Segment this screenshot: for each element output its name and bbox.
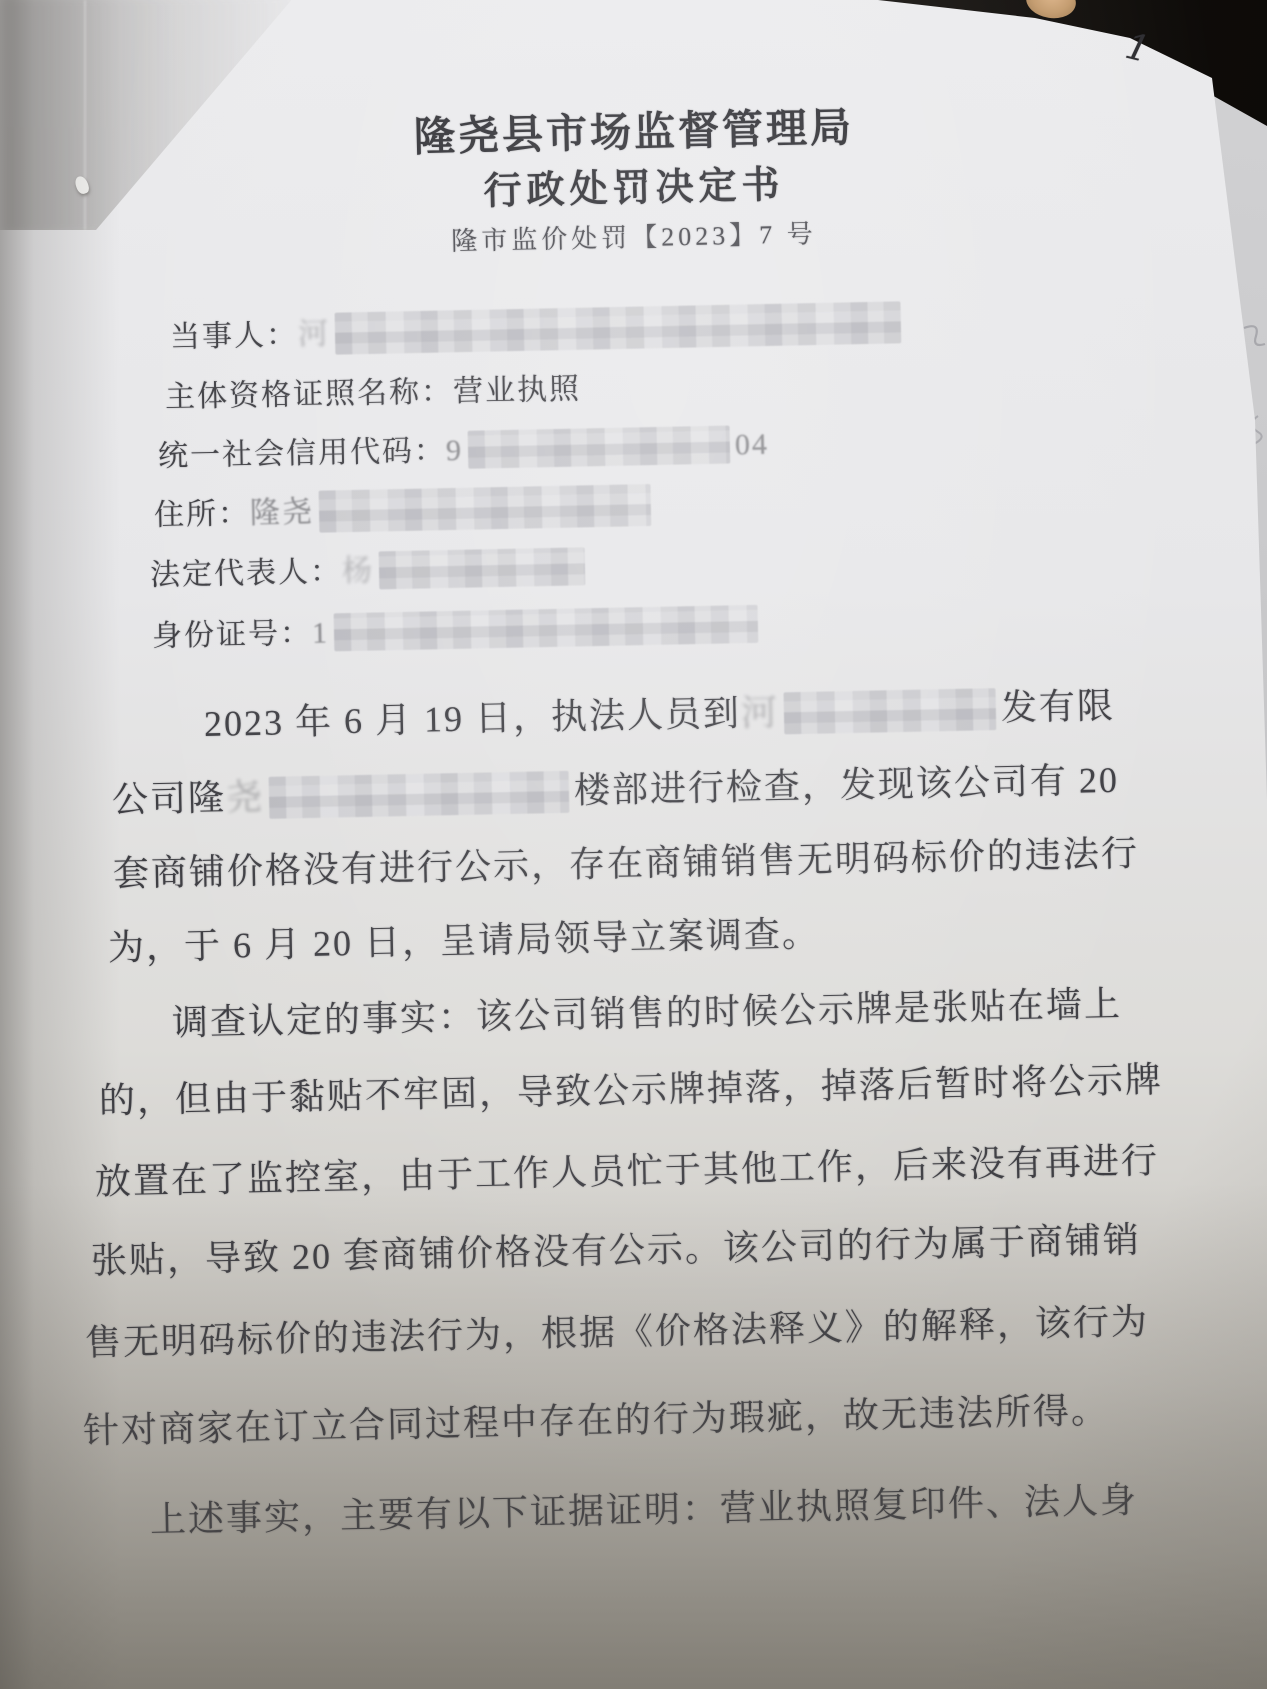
field-value: 营业执照	[453, 373, 582, 409]
body-text: 公司隆	[112, 778, 227, 820]
field-label: 法定代表人：	[150, 555, 343, 592]
body-line: 针对商家在订立合同过程中存在的行为瑕疵，故无违法所得。	[82, 1382, 1109, 1454]
body-text: 放置在了监控室，由于工作人员忙于其他工作，后来没有再进行	[95, 1141, 1160, 1202]
body-text: 2023 年 6 月 19 日，执法人员到	[204, 693, 742, 744]
redaction-block	[468, 426, 731, 469]
field-credit-code: 统一社会信用代码：904	[158, 419, 770, 478]
document-page: 隆尧县市场监督管理局 行政处罚决定书 隆市监价处罚【2023】7 号 当事人：河…	[0, 0, 1267, 1689]
field-value-prefix: 1	[312, 616, 330, 649]
body-text: 的，但由于黏贴不牢固，导致公示牌掉落，掉落后暂时将公示牌	[99, 1060, 1164, 1121]
redaction-block	[784, 688, 997, 734]
body-text: 为，于 6 月 20 日，呈请局领导立案调查。	[108, 914, 821, 968]
doc-title-line-1: 隆尧县市场监督管理局	[413, 94, 854, 163]
field-value-suffix: 04	[735, 428, 770, 462]
field-label: 当事人：	[170, 318, 299, 354]
redaction-block	[335, 301, 902, 354]
body-text: 调查认定的事实：该公司销售的时候公示牌是张贴在墙上	[172, 984, 1123, 1043]
body-line: 售无明码标价的违法行为，根据《价格法释义》的解释，该行为	[84, 1294, 1149, 1366]
paper-crease	[84, 0, 86, 230]
field-party: 当事人：河	[170, 297, 907, 361]
body-line: 上述事实，主要有以下证据证明：营业执照复印件、法人身	[149, 1472, 1138, 1543]
body-line: 公司隆尧楼部进行检查，发现该公司有 20	[111, 752, 1119, 825]
body-text: 售无明码标价的违法行为，根据《价格法释义》的解释，该行为	[85, 1302, 1150, 1363]
body-text: 套商铺价格没有进行公示，存在商铺销售无明码标价的违法行	[113, 833, 1140, 894]
redacted-ghost-text: 杨	[342, 555, 375, 589]
body-text: 楼部进行检查，发现该公司有 20	[574, 760, 1120, 811]
body-line: 的，但由于黏贴不牢固，导致公示牌掉落，掉落后暂时将公示牌	[98, 1052, 1163, 1124]
field-value-prefix: 9	[446, 434, 464, 467]
fold-shadow	[0, 0, 320, 240]
redaction-block	[334, 605, 759, 652]
field-license-name: 主体资格证照名称：营业执照	[165, 364, 582, 416]
body-line: 套商铺价格没有进行公示，存在商铺销售无明码标价的违法行	[112, 825, 1139, 897]
redaction-block	[319, 484, 652, 533]
field-label: 主体资格证照名称：	[165, 375, 454, 414]
body-line: 为，于 6 月 20 日，呈请局领导立案调查。	[107, 906, 820, 971]
redacted-ghost-text: 河	[741, 692, 780, 733]
body-line: 放置在了监控室，由于工作人员忙于其他工作，后来没有再进行	[94, 1133, 1159, 1205]
body-line: 张贴，导致 20 套商铺价格没有公示。该公司的行为属于商铺销	[90, 1212, 1141, 1284]
photo-of-document: 隆尧县市场监督管理局 行政处罚决定书 隆市监价处罚【2023】7 号 当事人：河…	[0, 0, 1267, 1689]
redacted-ghost-text: 尧	[226, 777, 265, 818]
redaction-block	[269, 771, 570, 819]
field-legal-representative: 法定代表人：杨	[150, 541, 591, 597]
field-value-prefix: 隆尧	[250, 496, 315, 530]
field-label: 统一社会信用代码：	[158, 434, 447, 473]
redaction-block	[379, 547, 586, 589]
body-line: 调查认定的事实：该公司销售的时候公示牌是张贴在墙上	[171, 976, 1122, 1046]
field-label: 身份证号：	[152, 617, 313, 653]
body-text: 张贴，导致 20 套商铺价格没有公示。该公司的行为属于商铺销	[91, 1220, 1142, 1281]
doc-number: 隆市监价处罚【2023】7 号	[450, 213, 816, 258]
body-text: 上述事实，主要有以下证据证明：营业执照复印件、法人身	[150, 1480, 1139, 1540]
body-text: 发有限	[1001, 686, 1116, 728]
field-address: 住所：隆尧	[154, 480, 657, 539]
body-line: 2023 年 6 月 19 日，执法人员到河发有限	[203, 678, 1115, 749]
doc-title-line-2: 行政处罚决定书	[482, 153, 784, 215]
field-id-number: 身份证号：1	[152, 599, 764, 658]
body-text: 针对商家在订立合同过程中存在的行为瑕疵，故无违法所得。	[83, 1390, 1110, 1451]
redacted-ghost-text: 河	[298, 318, 331, 352]
field-label: 住所：	[154, 497, 251, 532]
